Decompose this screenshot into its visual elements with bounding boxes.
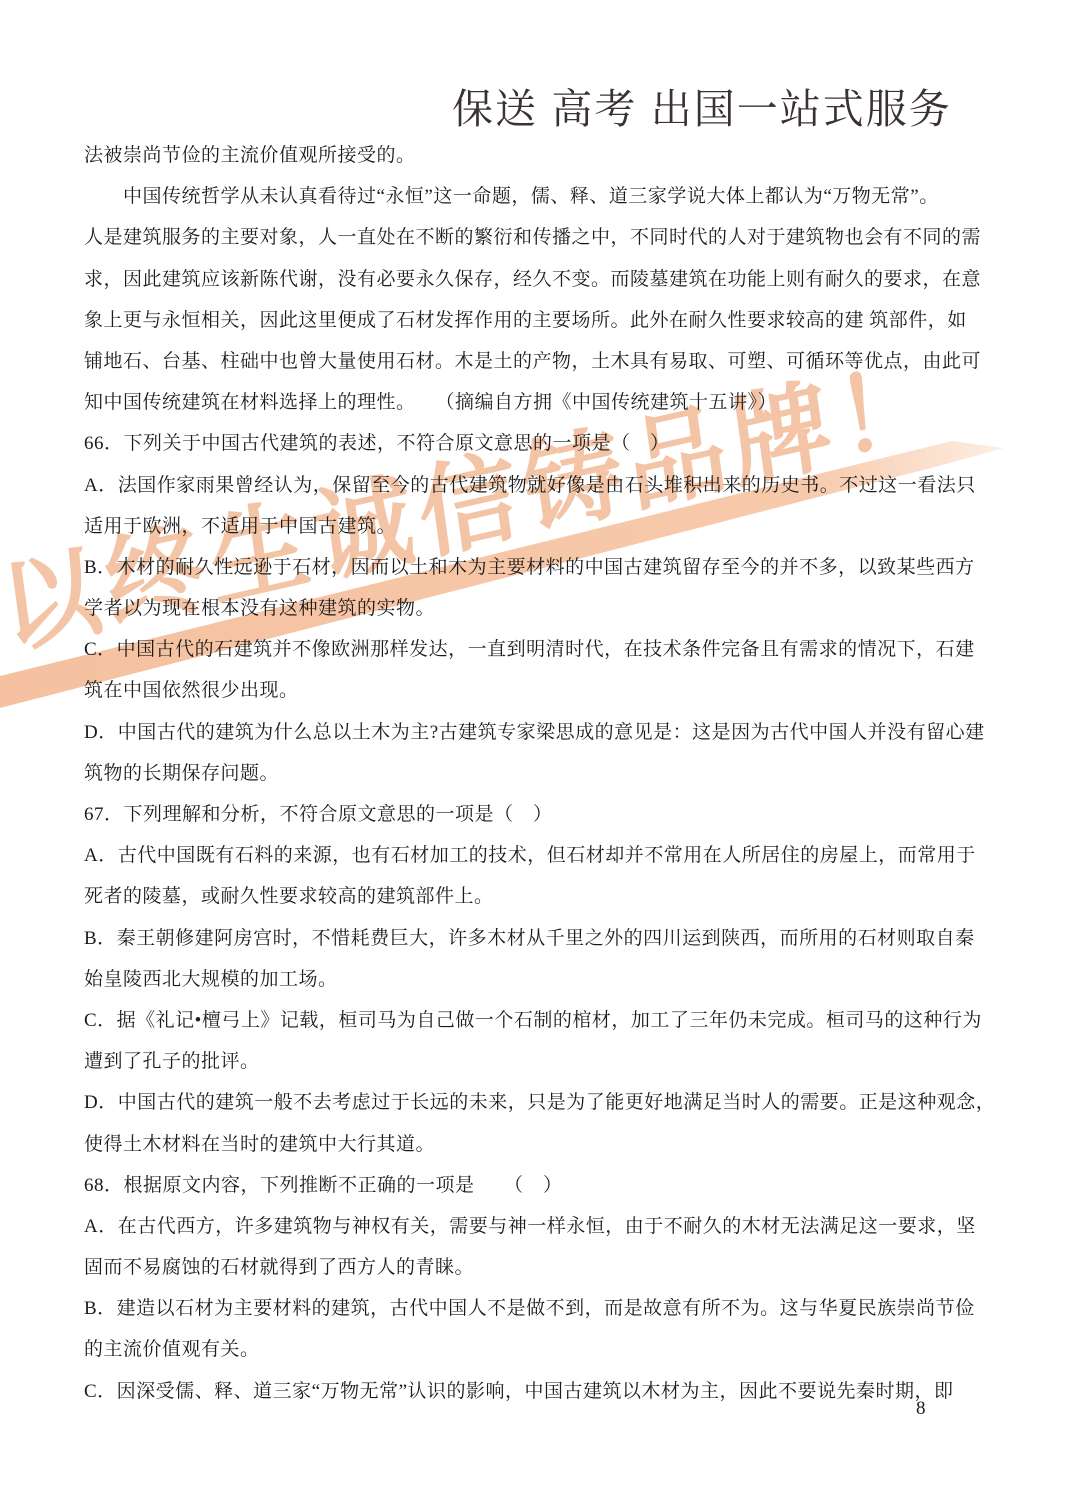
paragraph-line-3: 求，因此建筑应该新陈代谢，没有必要永久保存，经久不变。而陵墓建筑在功能上则有耐久… (84, 259, 1014, 300)
q66-option-b-line-1: B．木材的耐久性远逊于石材，因而以土和木为主要材料的中国古建筑留存至今的并不多，… (84, 547, 1014, 588)
q66-option-b-line-2: 学者以为现在根本没有这种建筑的实物。 (84, 588, 1014, 629)
header-slogan: 保送 高考 出国一站式服务 (452, 76, 952, 135)
q67-option-c-line-2: 遭到了孔子的批评。 (84, 1041, 1014, 1082)
q68-option-b-line-2: 的主流价值观有关。 (84, 1329, 1014, 1370)
q68-option-a-line-1: A．在古代西方，许多建筑物与神权有关，需要与神一样永恒，由于不耐久的木材无法满足… (84, 1206, 1014, 1247)
paragraph-line-5: 铺地石、台基、柱础中也曾大量使用石材。木是土的产物，土木具有易取、可塑、可循环等… (84, 341, 1014, 382)
q67-option-a-line-2: 死者的陵墓，或耐久性要求较高的建筑部件上。 (84, 876, 1014, 917)
document-body: 法被崇尚节俭的主流价值观所接受的。 中国传统哲学从未认真看待过“永恒”这一命题，… (84, 135, 1014, 1412)
q67-stem: 67．下列理解和分析，不符合原文意思的一项是（ ） (84, 794, 1014, 835)
q67-option-b-line-2: 始皇陵西北大规模的加工场。 (84, 959, 1014, 1000)
q68-option-b-line-1: B．建造以石材为主要材料的建筑，古代中国人不是做不到，而是故意有所不为。这与华夏… (84, 1288, 1014, 1329)
exam-page: 以终生诚信铸品牌！ 保送 高考 出国一站式服务 法被崇尚节俭的主流价值观所接受的… (0, 0, 1080, 1503)
q66-option-d-line-2: 筑物的长期保存问题。 (84, 753, 1014, 794)
q68-stem: 68．根据原文内容，下列推断不正确的一项是 （ ） (84, 1165, 1014, 1206)
paragraph-source-line: 知中国传统建筑在材料选择上的理性。 （摘编自方拥《中国传统建筑十五讲》） (84, 382, 1014, 423)
q66-option-a-line-1: A．法国作家雨果曾经认为，保留至今的古代建筑物就好像是由石头堆积出来的历史书。不… (84, 465, 1014, 506)
paragraph-continuation-line: 法被崇尚节俭的主流价值观所接受的。 (84, 135, 1014, 176)
paragraph-line-2: 人是建筑服务的主要对象，人一直处在不断的繁衍和传播之中，不同时代的人对于建筑物也… (84, 217, 1014, 258)
q66-stem: 66．下列关于中国古代建筑的表述，不符合原文意思的一项是（ ） (84, 423, 1014, 464)
q68-option-c-line-1: C．因深受儒、释、道三家“万物无常”认识的影响，中国古建筑以木材为主，因此不要说… (84, 1371, 1014, 1412)
q67-option-a-line-1: A．古代中国既有石料的来源，也有石材加工的技术，但石材却并不常用在人所居住的房屋… (84, 835, 1014, 876)
q67-option-d-line-1: D．中国古代的建筑一般不去考虑过于长远的未来，只是为了能更好地满足当时人的需要。… (84, 1082, 1014, 1123)
q66-option-c-line-1: C．中国古代的石建筑并不像欧洲那样发达，一直到明清时代，在技术条件完备且有需求的… (84, 629, 1014, 670)
q66-option-c-line-2: 筑在中国依然很少出现。 (84, 670, 1014, 711)
q67-option-b-line-1: B．秦王朝修建阿房宫时，不惜耗费巨大，许多木材从千里之外的四川运到陕西，而所用的… (84, 918, 1014, 959)
q66-option-d-line-1: D．中国古代的建筑为什么总以土木为主?古建筑专家梁思成的意见是：这是因为古代中国… (84, 712, 1014, 753)
q66-option-a-line-2: 适用于欧洲，不适用于中国古建筑。 (84, 506, 1014, 547)
q68-option-a-line-2: 固而不易腐蚀的石材就得到了西方人的青睐。 (84, 1247, 1014, 1288)
q67-option-d-line-2: 使得土木材料在当时的建筑中大行其道。 (84, 1124, 1014, 1165)
q67-option-c-line-1: C．据《礼记•檀弓上》记载，桓司马为自己做一个石制的棺材，加工了三年仍未完成。桓… (84, 1000, 1014, 1041)
paragraph-line-4: 象上更与永恒相关，因此这里便成了石材发挥作用的主要场所。此外在耐久性要求较高的建… (84, 300, 1014, 341)
paragraph-line-1: 中国传统哲学从未认真看待过“永恒”这一命题，儒、释、道三家学说大体上都认为“万物… (84, 176, 1014, 217)
page-number: 8 (916, 1398, 926, 1420)
